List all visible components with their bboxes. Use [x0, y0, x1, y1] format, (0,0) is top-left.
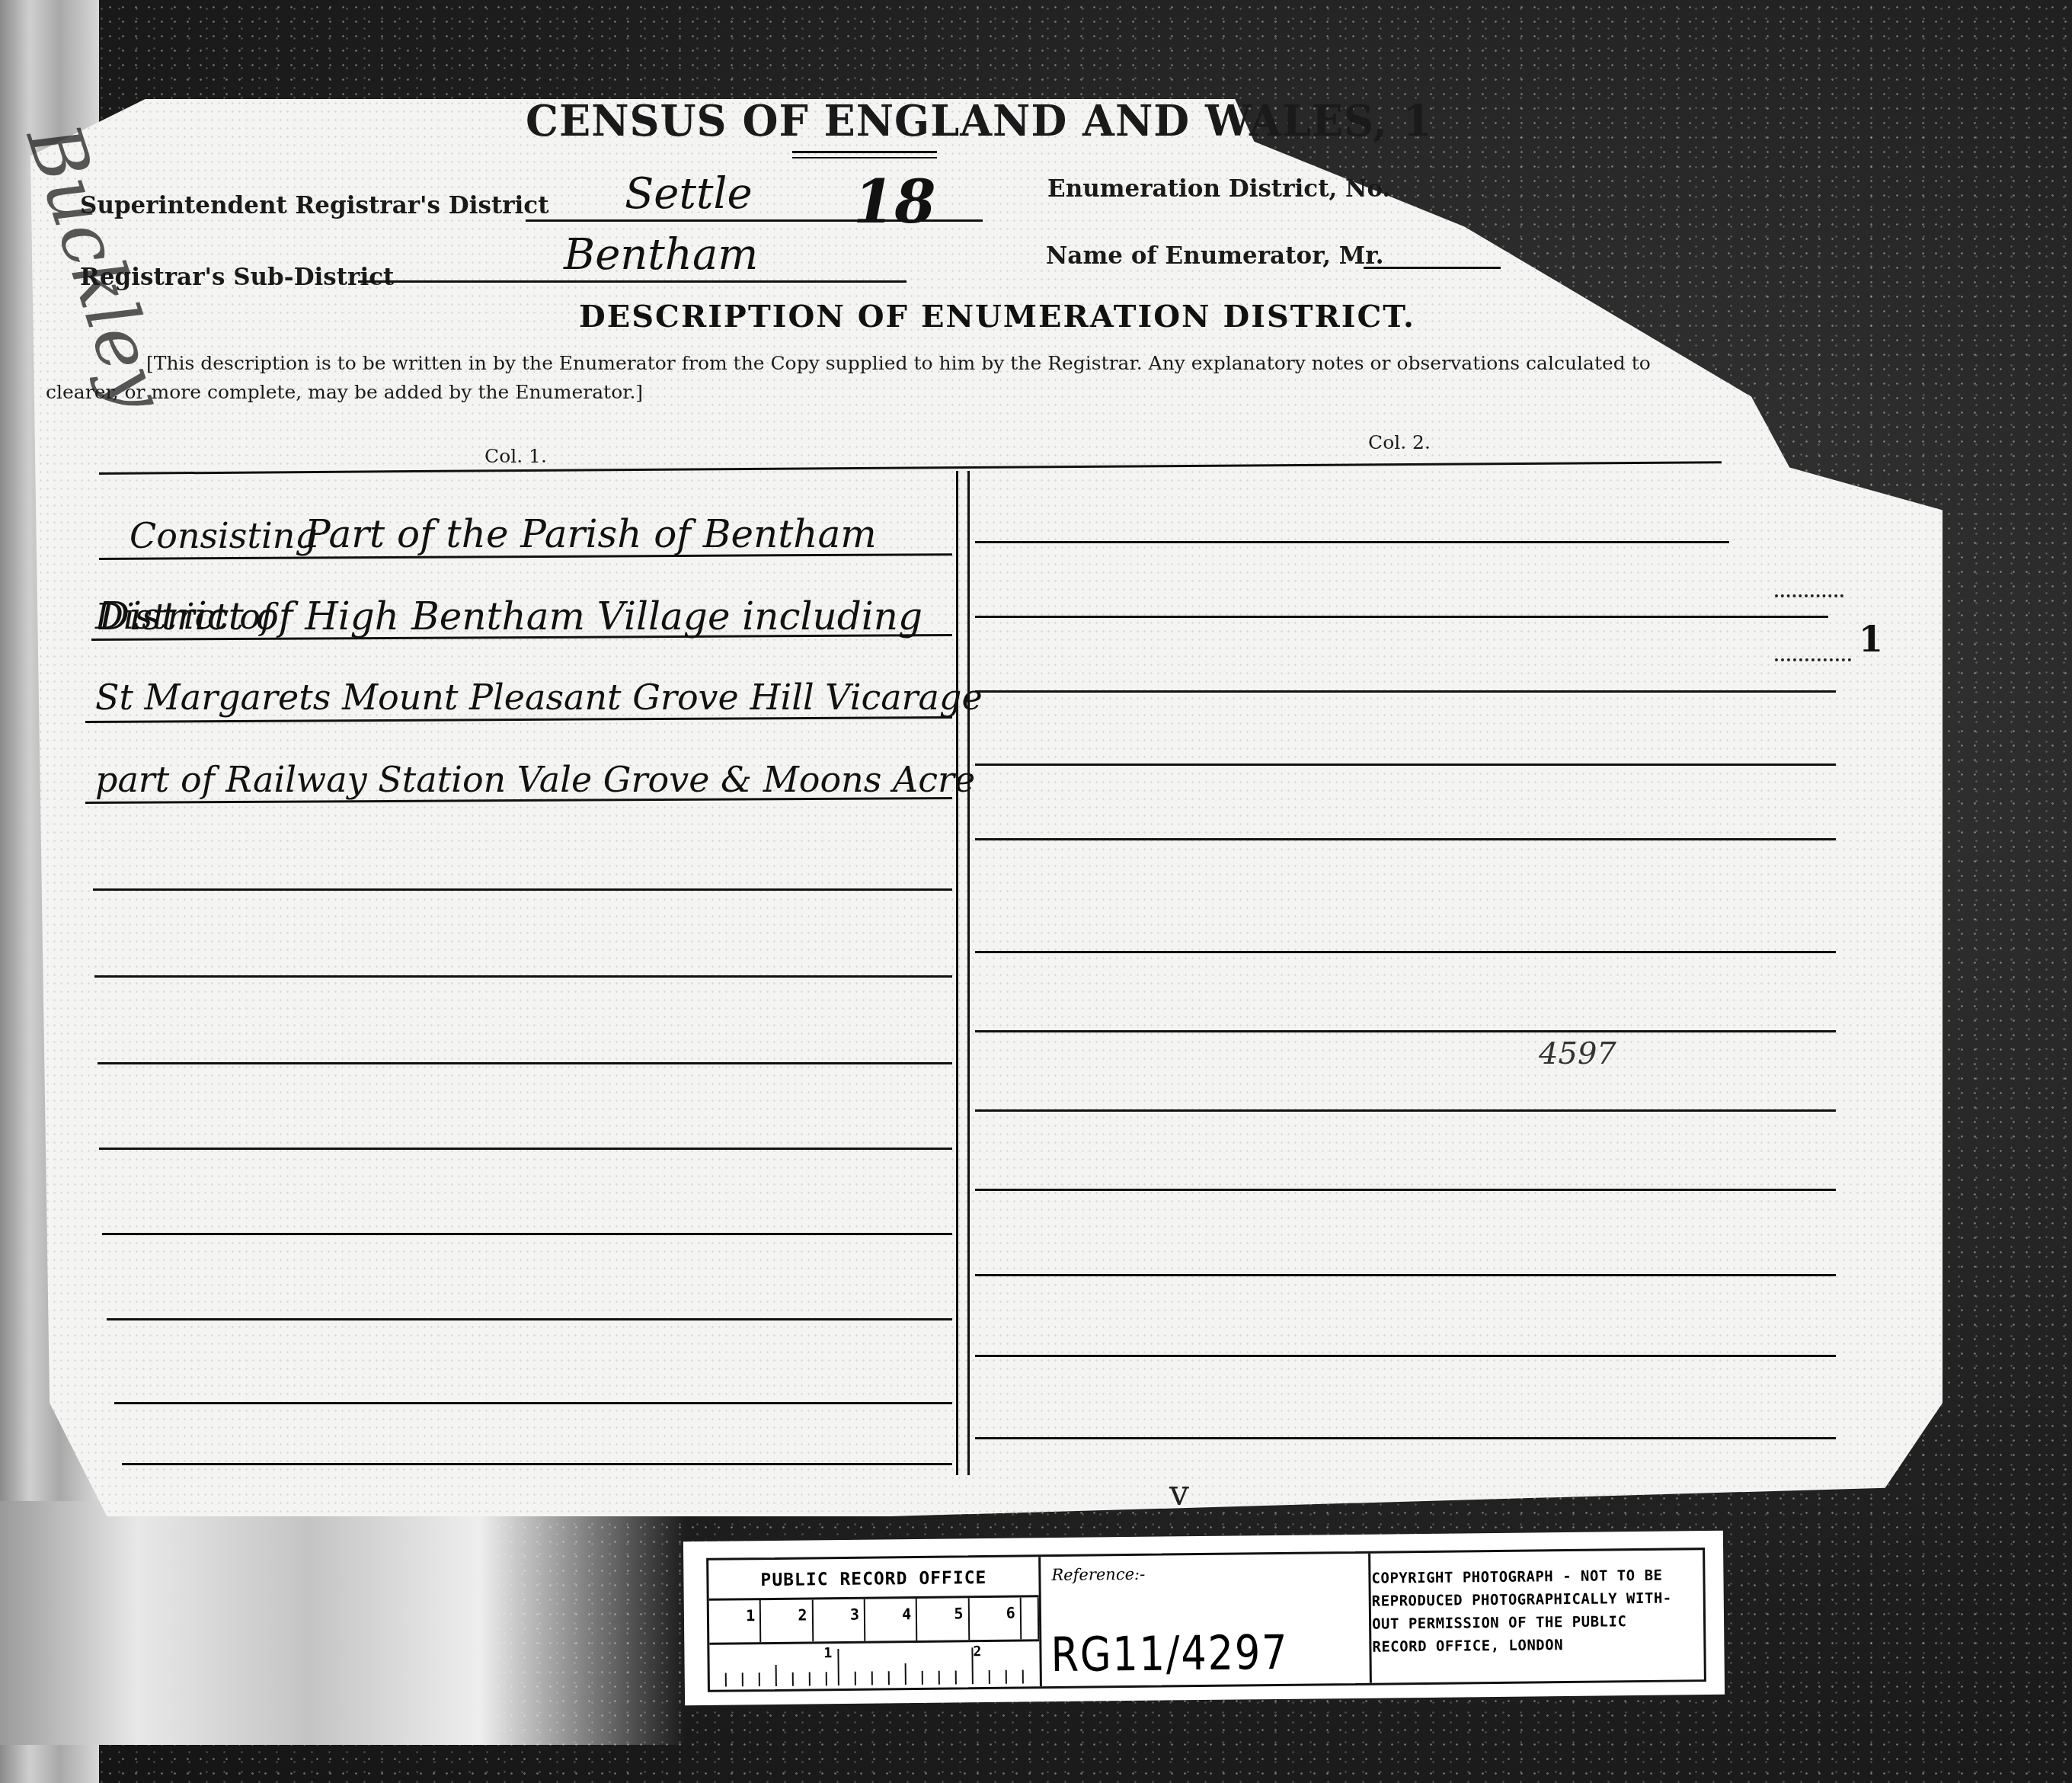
copyright-line: RECORD OFFICE, LONDON — [1372, 1632, 1692, 1658]
ruler-tick — [759, 1673, 760, 1686]
col1-row-line — [107, 1318, 952, 1320]
ruler-tick — [922, 1671, 923, 1685]
col2-row-line — [975, 1274, 1836, 1276]
col2-row-line — [975, 763, 1836, 766]
reference-label: Reference:- — [1051, 1565, 1145, 1584]
col2-row-line — [975, 541, 1729, 543]
scale-cell: 2 — [761, 1599, 814, 1642]
col1-row-line — [102, 1233, 952, 1235]
page-side-marker: 1 — [1859, 619, 1883, 660]
col2-row-line — [975, 1355, 1836, 1357]
pro-scale-top: 1 2 3 4 5 6 — [709, 1597, 1040, 1645]
film-blur — [0, 1501, 686, 1745]
section-title: DESCRIPTION OF ENUMERATION DISTRICT. — [579, 299, 1415, 335]
pro-ruler: 1 2 — [709, 1641, 1040, 1690]
col1-row-line — [94, 975, 952, 978]
ruler-number: 2 — [973, 1644, 981, 1660]
ruler-tick — [742, 1673, 743, 1686]
scale-cell-end — [1022, 1597, 1040, 1639]
col1-entry: District of High Bentham Village includi… — [99, 594, 922, 639]
pencil-note: 4597 — [1539, 1036, 1616, 1071]
instruction-line-2: clearer, or more complete, may be added … — [46, 381, 643, 403]
enumerator-name-line — [1364, 267, 1501, 269]
col2-row-line — [975, 616, 1828, 618]
superintendent-district-label: Superintendent Registrar's District — [80, 192, 549, 219]
public-record-office-label: PUBLIC RECORD OFFICE 1 2 3 4 5 6 1 2 — [683, 1531, 1725, 1705]
title-rule — [792, 151, 937, 158]
ruler-tick — [905, 1663, 906, 1685]
ruler-tick — [855, 1672, 856, 1685]
ruler-tick — [826, 1672, 827, 1685]
copyright-line: COPYRIGHT PHOTOGRAPH - NOT TO BE — [1371, 1564, 1691, 1589]
col1-row-line — [122, 1463, 952, 1465]
col2-row-line — [975, 838, 1836, 840]
sub-district-line — [358, 280, 906, 283]
copyright-notice: COPYRIGHT PHOTOGRAPH - NOT TO BE REPRODU… — [1371, 1564, 1692, 1658]
scale-cell: 5 — [917, 1598, 970, 1641]
ruler-tick — [809, 1672, 811, 1685]
ruler-tick — [1006, 1670, 1007, 1684]
col1-row-line — [99, 1148, 952, 1150]
check-mark: v — [1169, 1472, 1189, 1513]
col1-margin-note: Consisting — [129, 515, 318, 556]
reference-value: RG11/4297 — [1050, 1625, 1288, 1682]
col1-row-line — [93, 888, 952, 891]
col2-label: Col. 2. — [1368, 431, 1431, 453]
col2-row-line — [975, 1189, 1836, 1191]
dotted-marker-line — [1775, 594, 1843, 597]
scale-cell: 3 — [813, 1599, 865, 1642]
col1-entry: St Margarets Mount Pleasant Grove Hill V… — [95, 677, 983, 718]
ruler-tick — [775, 1665, 777, 1686]
enumerator-name-label: Name of Enumerator, Mr. — [1046, 242, 1383, 270]
enumeration-district-label: Enumeration District, No. — [1047, 175, 1390, 203]
margin-number: 18 — [853, 168, 936, 237]
ruler-tick — [989, 1670, 990, 1684]
col1-row-line — [98, 1062, 952, 1064]
col2-row-line — [975, 951, 1836, 953]
pro-office-title: PUBLIC RECORD OFFICE — [708, 1557, 1039, 1601]
ruler-tick — [871, 1672, 873, 1685]
col1-entry: Part of the Parish of Bentham — [305, 512, 877, 556]
ruler-number: 1 — [823, 1645, 832, 1661]
col1-entry: part of Railway Station Vale Grove & Moo… — [95, 759, 975, 800]
col2-row-line — [975, 1437, 1836, 1439]
document-title: CENSUS OF ENGLAND AND WALES, 1 — [526, 94, 1432, 146]
col2-row-line — [975, 1109, 1836, 1112]
column-divider-right — [967, 471, 970, 1475]
scale-cell: 4 — [865, 1599, 918, 1641]
ruler-tick — [837, 1649, 839, 1685]
dotted-marker-line — [1775, 658, 1851, 661]
ruler-tick — [725, 1673, 727, 1687]
ruler-tick — [792, 1673, 794, 1686]
scale-cell: 6 — [969, 1598, 1022, 1641]
instruction-line-1: [This description is to be written in by… — [146, 352, 1651, 374]
col1-label: Col. 1. — [484, 445, 547, 467]
pro-reference-box: Reference:- RG11/4297 — [1041, 1554, 1372, 1687]
ruler-tick — [888, 1671, 890, 1685]
scale-cell: 1 — [709, 1600, 762, 1643]
col2-row-line — [975, 690, 1836, 693]
sub-district-value: Bentham — [564, 230, 758, 280]
superintendent-district-value: Settle — [625, 169, 753, 219]
ruler-tick — [955, 1670, 957, 1684]
ruler-tick — [1022, 1669, 1024, 1683]
col2-row-line — [975, 1030, 1836, 1032]
column-divider-left — [956, 471, 958, 1475]
ruler-tick — [938, 1671, 940, 1685]
copyright-line: REPRODUCED PHOTOGRAPHICALLY WITH- — [1372, 1586, 1692, 1612]
sub-district-label: Registrar's Sub-District — [80, 264, 394, 291]
copyright-line: OUT PERMISSION OF THE PUBLIC — [1372, 1609, 1692, 1635]
col1-row-line — [114, 1402, 952, 1404]
